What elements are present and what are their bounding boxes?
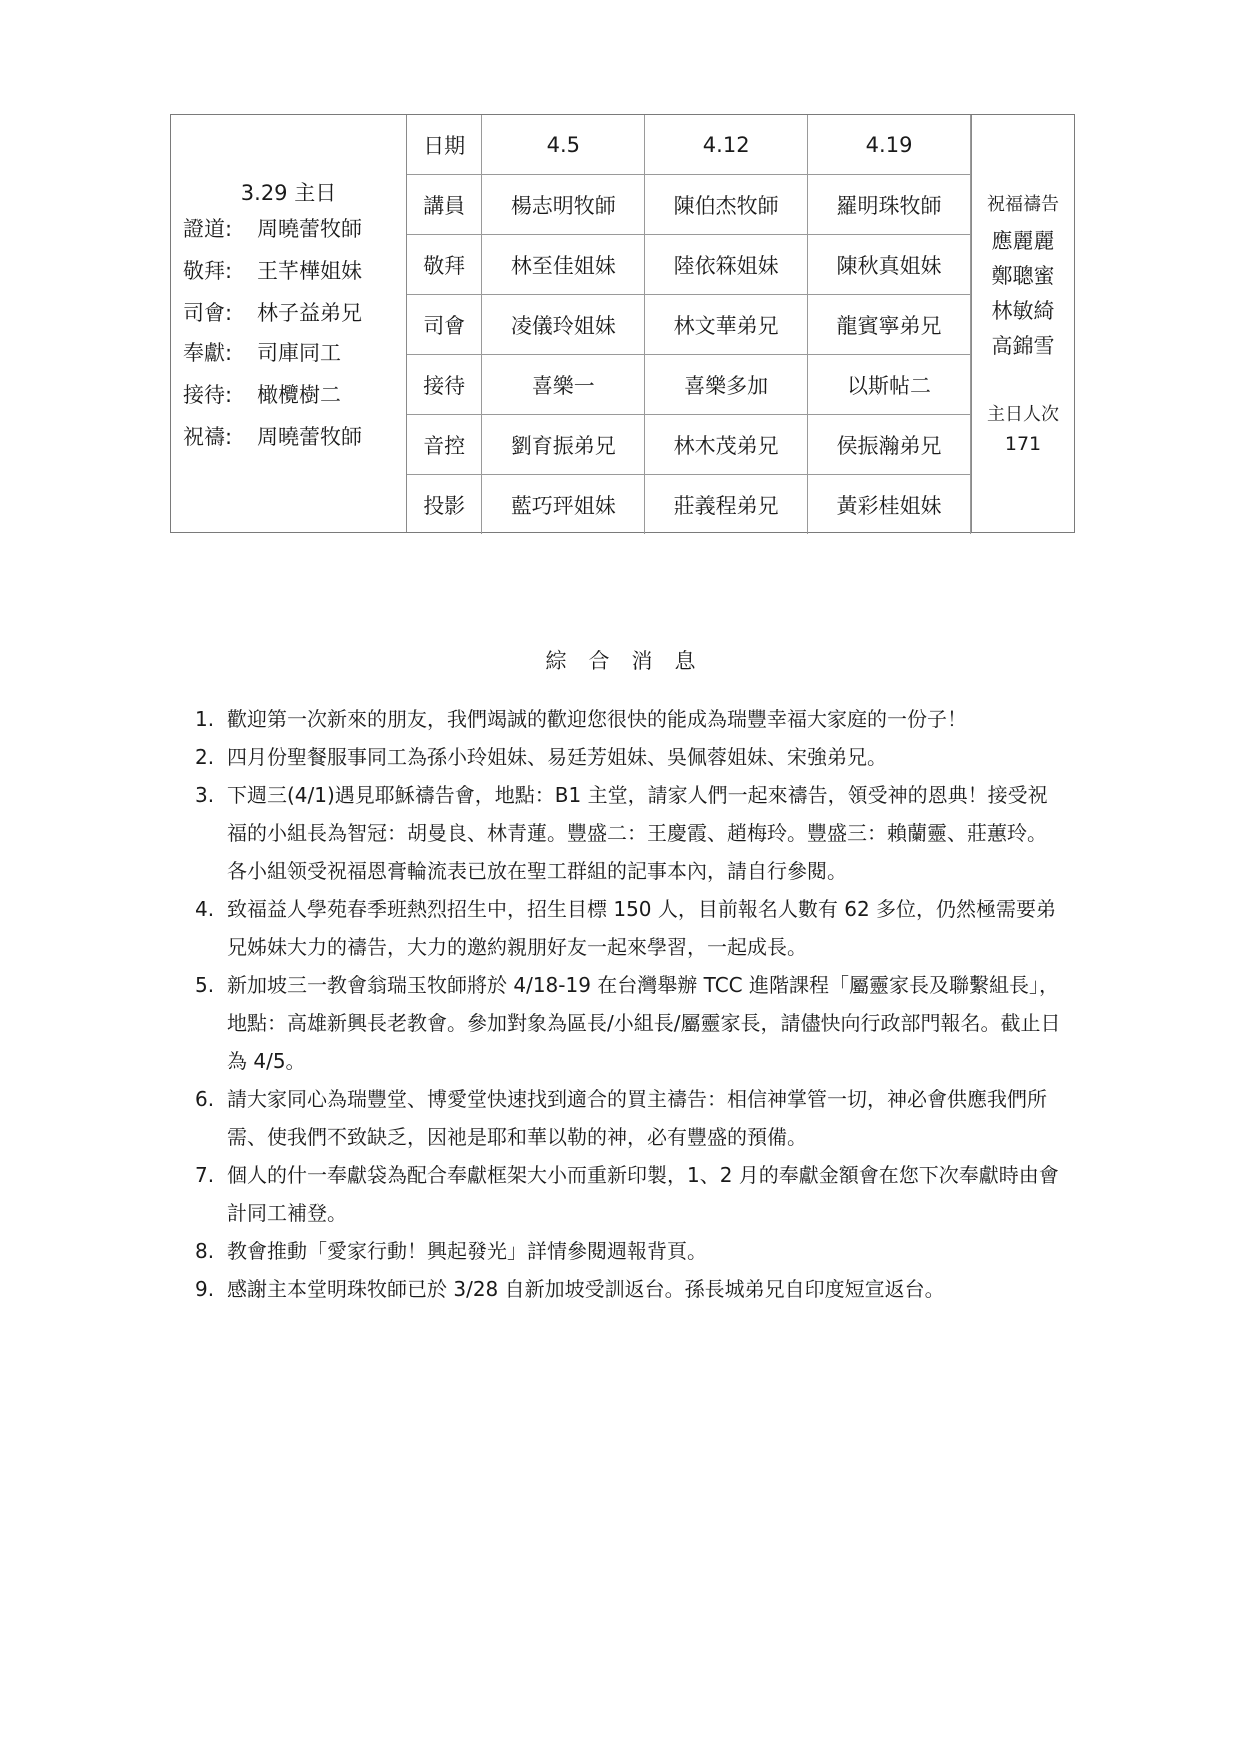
- news-item-number: 5.: [195, 966, 214, 1004]
- news-item-text: 教會推動「愛家行動！興起發光」詳情參閱週報背頁。: [227, 1239, 707, 1263]
- news-item: 4.致福益人學苑春季班熱烈招生中，招生目標 150 人，目前報名人數有 62 多…: [195, 890, 1065, 966]
- summary-title: 3.29 主日: [171, 177, 406, 207]
- roster-cell: 龍賓寧弟兄: [808, 295, 971, 355]
- roster-cell: 林文華弟兄: [645, 295, 808, 355]
- roster-row-reception: 接待 喜樂一 喜樂多加 以斯帖二: [407, 355, 971, 415]
- sunday-summary: 3.29 主日 證道:周曉蕾牧師 敬拜:王芊樺姐妹 司會:林子益弟兄 奉獻:司庫…: [171, 115, 407, 532]
- summary-row-sermon: 證道:周曉蕾牧師: [183, 213, 362, 243]
- news-item: 8.教會推動「愛家行動！興起發光」詳情參閱週報背頁。: [195, 1232, 1065, 1270]
- blessing-panel: 祝福禱告 應麗麗 鄭聰蜜 林敏綺 高錦雪 主日人次 171: [971, 115, 1074, 532]
- summary-value: 司庫同工: [257, 341, 341, 365]
- news-section-title: 綜合消息: [0, 645, 1241, 675]
- roster-cell: 以斯帖二: [808, 355, 971, 415]
- row-header: 接待: [407, 355, 482, 415]
- news-item: 1.歡迎第一次新來的朋友，我們竭誠的歡迎您很快的能成為瑞豐幸福大家庭的一份子！: [195, 700, 1065, 738]
- summary-label: 司會:: [183, 297, 257, 327]
- news-item-text: 致福益人學苑春季班熱烈招生中，招生目標 150 人，目前報名人數有 62 多位，…: [227, 897, 1056, 959]
- news-item-text: 請大家同心為瑞豐堂、博愛堂快速找到適合的買主禱告：相信神掌管一切，神必會供應我們…: [227, 1087, 1047, 1149]
- roster-cell: 凌儀玲姐妹: [482, 295, 645, 355]
- summary-row-worship: 敬拜:王芊樺姐妹: [183, 255, 362, 285]
- blessing-title: 祝福禱告: [972, 190, 1074, 216]
- attendance-label: 主日人次: [972, 400, 1074, 426]
- blessing-name: 林敏綺: [972, 295, 1074, 325]
- summary-label: 證道:: [183, 213, 257, 243]
- roster-cell: 侯振瀚弟兄: [808, 415, 971, 475]
- roster-row-host: 司會 凌儀玲姐妹 林文華弟兄 龍賓寧弟兄: [407, 295, 971, 355]
- summary-row-benediction: 祝禱:周曉蕾牧師: [183, 421, 362, 451]
- service-schedule-table: 3.29 主日 證道:周曉蕾牧師 敬拜:王芊樺姐妹 司會:林子益弟兄 奉獻:司庫…: [170, 114, 1075, 533]
- news-item: 7.個人的什一奉獻袋為配合奉獻框架大小而重新印製，1、2 月的奉獻金額會在您下次…: [195, 1156, 1065, 1232]
- summary-row-host: 司會:林子益弟兄: [183, 297, 362, 327]
- roster-cell: 藍巧玶姐妹: [482, 475, 645, 535]
- roster-cell: 喜樂多加: [645, 355, 808, 415]
- news-item-number: 8.: [195, 1232, 214, 1270]
- roster-cell: 4.12: [645, 115, 808, 175]
- news-item-text: 個人的什一奉獻袋為配合奉獻框架大小而重新印製，1、2 月的奉獻金額會在您下次奉獻…: [227, 1163, 1059, 1225]
- news-list: 1.歡迎第一次新來的朋友，我們竭誠的歡迎您很快的能成為瑞豐幸福大家庭的一份子！ …: [195, 700, 1065, 1308]
- summary-label: 祝禱:: [183, 421, 257, 451]
- news-item: 2.四月份聖餐服事同工為孫小玲姐妹、易廷芳姐妹、吳佩蓉姐妹、宋強弟兄。: [195, 738, 1065, 776]
- news-item-text: 四月份聖餐服事同工為孫小玲姐妹、易廷芳姐妹、吳佩蓉姐妹、宋強弟兄。: [227, 745, 887, 769]
- roster-cell: 林木茂弟兄: [645, 415, 808, 475]
- summary-row-offering: 奉獻:司庫同工: [183, 337, 341, 367]
- roster-cell: 4.5: [482, 115, 645, 175]
- summary-label: 奉獻:: [183, 337, 257, 367]
- attendance-count: 171: [972, 433, 1074, 455]
- news-item-text: 新加坡三一教會翁瑞玉牧師將於 4/18-19 在台灣舉辦 TCC 進階課程「屬靈…: [227, 973, 1060, 1073]
- news-item-number: 4.: [195, 890, 214, 928]
- duty-roster: 日期 4.5 4.12 4.19 講員 楊志明牧師 陳伯杰牧師 羅明珠牧師 敬拜…: [407, 115, 971, 534]
- summary-row-reception: 接待:橄欖樹二: [183, 379, 341, 409]
- summary-value: 橄欖樹二: [257, 383, 341, 407]
- roster-cell: 陳秋真姐妹: [808, 235, 971, 295]
- roster-cell: 林至佳姐妹: [482, 235, 645, 295]
- roster-row-date: 日期 4.5 4.12 4.19: [407, 115, 971, 175]
- row-header: 司會: [407, 295, 482, 355]
- news-item-text: 感謝主本堂明珠牧師已於 3/28 自新加坡受訓返台。孫長城弟兄自印度短宣返台。: [227, 1277, 945, 1301]
- news-item-text: 下週三(4/1)遇見耶穌禱告會，地點：B1 主堂，請家人們一起來禱告，領受神的恩…: [227, 783, 1048, 883]
- row-header: 敬拜: [407, 235, 482, 295]
- roster-cell: 劉育振弟兄: [482, 415, 645, 475]
- blessing-name: 應麗麗: [972, 225, 1074, 255]
- summary-value: 周曉蕾牧師: [257, 425, 362, 449]
- summary-value: 王芊樺姐妹: [257, 259, 362, 283]
- news-item-number: 6.: [195, 1080, 214, 1118]
- roster-row-projection: 投影 藍巧玶姐妹 莊義程弟兄 黃彩桂姐妹: [407, 475, 971, 535]
- roster-cell: 陳伯杰牧師: [645, 175, 808, 235]
- news-item-number: 1.: [195, 700, 214, 738]
- roster-cell: 陸依箖姐妹: [645, 235, 808, 295]
- news-item: 6.請大家同心為瑞豐堂、博愛堂快速找到適合的買主禱告：相信神掌管一切，神必會供應…: [195, 1080, 1065, 1156]
- roster-cell: 喜樂一: [482, 355, 645, 415]
- news-item-number: 7.: [195, 1156, 214, 1194]
- roster-row-worship: 敬拜 林至佳姐妹 陸依箖姐妹 陳秋真姐妹: [407, 235, 971, 295]
- summary-label: 接待:: [183, 379, 257, 409]
- roster-cell: 4.19: [808, 115, 971, 175]
- news-item-number: 2.: [195, 738, 214, 776]
- roster-cell: 莊義程弟兄: [645, 475, 808, 535]
- news-item: 5.新加坡三一教會翁瑞玉牧師將於 4/18-19 在台灣舉辦 TCC 進階課程「…: [195, 966, 1065, 1080]
- roster-row-speaker: 講員 楊志明牧師 陳伯杰牧師 羅明珠牧師: [407, 175, 971, 235]
- row-header: 日期: [407, 115, 482, 175]
- blessing-name: 高錦雪: [972, 330, 1074, 360]
- news-item-number: 3.: [195, 776, 214, 814]
- summary-value: 周曉蕾牧師: [257, 217, 362, 241]
- roster-cell: 黃彩桂姐妹: [808, 475, 971, 535]
- row-header: 音控: [407, 415, 482, 475]
- row-header: 投影: [407, 475, 482, 535]
- roster-row-sound: 音控 劉育振弟兄 林木茂弟兄 侯振瀚弟兄: [407, 415, 971, 475]
- roster-cell: 楊志明牧師: [482, 175, 645, 235]
- news-item-text: 歡迎第一次新來的朋友，我們竭誠的歡迎您很快的能成為瑞豐幸福大家庭的一份子！: [227, 707, 967, 731]
- summary-value: 林子益弟兄: [257, 301, 362, 325]
- news-item: 9.感謝主本堂明珠牧師已於 3/28 自新加坡受訓返台。孫長城弟兄自印度短宣返台…: [195, 1270, 1065, 1308]
- news-item-number: 9.: [195, 1270, 214, 1308]
- news-item: 3.下週三(4/1)遇見耶穌禱告會，地點：B1 主堂，請家人們一起來禱告，領受神…: [195, 776, 1065, 890]
- summary-label: 敬拜:: [183, 255, 257, 285]
- row-header: 講員: [407, 175, 482, 235]
- roster-cell: 羅明珠牧師: [808, 175, 971, 235]
- blessing-name: 鄭聰蜜: [972, 260, 1074, 290]
